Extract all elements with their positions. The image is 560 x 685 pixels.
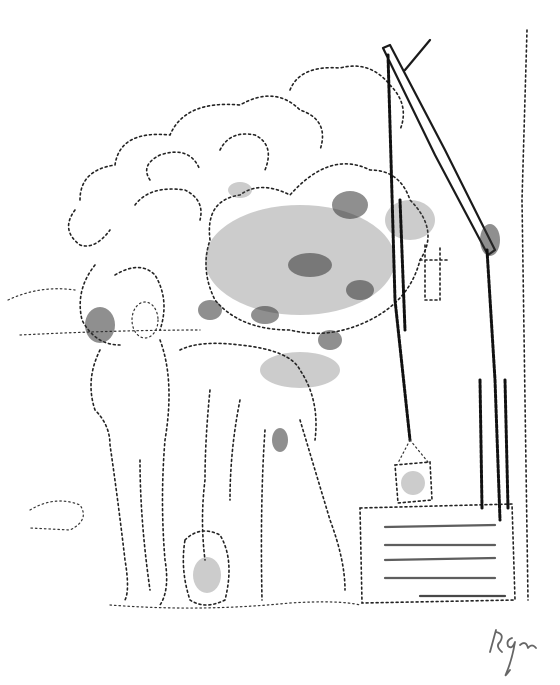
ground-bucket	[183, 531, 229, 605]
lithograph-artwork	[0, 0, 560, 685]
signature	[490, 630, 536, 675]
vertical-post	[522, 30, 528, 600]
standing-figure	[80, 265, 169, 605]
well-box	[360, 380, 515, 603]
ground-line	[110, 602, 360, 608]
